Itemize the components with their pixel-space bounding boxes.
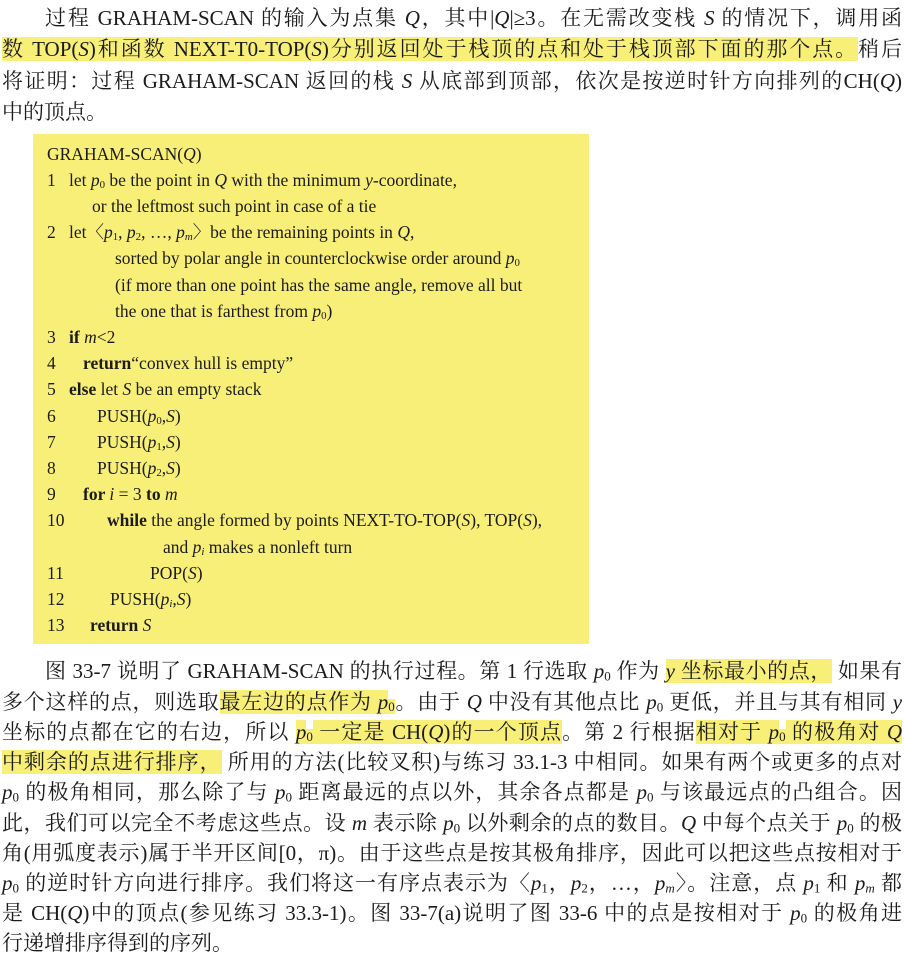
text-segment: ) — [185, 589, 191, 609]
text-segment: ), TOP( — [470, 510, 523, 530]
code-line: 9for i = 3 to m — [47, 481, 583, 507]
code-line: or the leftmost such point in case of a … — [47, 193, 583, 219]
text-segment: ) — [175, 406, 181, 426]
line-number: 3 — [47, 324, 69, 350]
text-segment: m — [165, 484, 178, 504]
text-segment: ) — [326, 301, 332, 321]
text-line: 角(用弧度表示)属于半开区间[0，π)。由于这些点是按其极角排序，因此可以把这些… — [2, 838, 902, 868]
code-text: the one that is farthest from p0) — [69, 298, 332, 324]
highlight-segment: )的一个顶点 — [443, 720, 562, 744]
text-segment: for — [83, 484, 109, 504]
text-segment: 和 — [820, 871, 854, 895]
line-number: 12 — [47, 586, 69, 612]
line-number: 8 — [47, 455, 69, 481]
text-segment: 的极 — [854, 811, 902, 835]
line-number: 11 — [47, 560, 69, 586]
paragraph-2: 图 33-7 说明了 GRAHAM-SCAN 的执行过程。第 1 行选取 p0 … — [0, 656, 904, 958]
line-number — [47, 298, 69, 324]
text-segment: m — [665, 881, 674, 896]
code-line: (if more than one point has the same ang… — [47, 272, 583, 298]
text-segment: 行递增排序得到的序列。 — [2, 931, 233, 955]
code-text: (if more than one point has the same ang… — [69, 272, 522, 298]
text-line: 是 CH(Q)中的顶点(参见练习 33.3-1)。图 33-7(a)说明了图 3… — [2, 898, 902, 928]
code-text: PUSH(p2,S) — [69, 455, 181, 481]
code-line: 10while the angle formed by points NEXT-… — [47, 507, 583, 533]
text-segment: PUSH( — [97, 458, 148, 478]
text-segment: p — [312, 301, 321, 321]
text-segment: 多个这样的点，则选取 — [2, 690, 220, 714]
text-segment: 如果有 — [832, 659, 902, 683]
text-segment: 从底部到顶部，依次是按逆时针方向排列的CH( — [412, 69, 880, 93]
code-text: or the leftmost such point in case of a … — [69, 193, 376, 219]
code-text: GRAHAM-SCAN(Q) — [47, 141, 202, 167]
text-segment: 中的顶点。 — [2, 100, 107, 124]
code-text: PUSH(p0,S) — [69, 403, 181, 429]
code-text: PUSH(pi,S) — [69, 586, 191, 612]
text-segment: ) — [895, 69, 902, 93]
code-text: and pi makes a nonleft turn — [69, 534, 352, 560]
text-segment: p — [571, 871, 582, 895]
text-segment: p — [636, 780, 647, 804]
line-number: 10 — [47, 507, 69, 533]
text-segment: m — [84, 327, 97, 347]
text-segment: S — [143, 615, 152, 635]
text-segment: PUSH( — [97, 406, 148, 426]
text-segment: ) — [197, 563, 203, 583]
text-segment: makes a nonleft turn — [204, 537, 352, 557]
text-segment: Q — [397, 222, 410, 242]
text-segment: <2 — [97, 327, 116, 347]
pseudocode-lines: GRAHAM-SCAN(Q)1let p0 be the point in Q … — [47, 141, 583, 639]
text-segment: be the point in — [105, 170, 214, 190]
text-segment: return — [90, 615, 143, 635]
paragraph-1: 过程 GRAHAM-SCAN 的输入为点集 Q，其中|Q|≥3。在无需改变栈 S… — [0, 0, 904, 129]
text-segment: 0 — [514, 258, 519, 270]
text-segment: ), — [532, 510, 542, 530]
text-segment: ，…， — [588, 871, 655, 895]
code-line: 2let〈p1, p2, …, pm〉be the remaining poin… — [47, 219, 583, 245]
highlight-segment: S — [311, 37, 322, 61]
highlight-segment: S — [78, 37, 89, 61]
code-text: else let S be an empty stack — [69, 376, 261, 402]
text-segment: 表示除 — [367, 811, 443, 835]
line-number: 9 — [47, 481, 69, 507]
text-segment: else — [69, 379, 101, 399]
text-segment: 的逆时针方向进行排序。我们将这一有序点表示为〈 — [19, 871, 531, 895]
text-segment: 中每个点关于 — [696, 811, 837, 835]
text-segment: 角(用弧度表示)属于半开区间[0，π)。由于这些点是按其极角排序，因此可以把这些… — [2, 841, 902, 865]
text-segment: Q — [214, 170, 227, 190]
text-segment: PUSH( — [110, 589, 161, 609]
text-segment: Q — [880, 69, 895, 93]
text-segment: to — [146, 484, 165, 504]
text-segment: ) — [175, 458, 181, 478]
code-line: 3if m<2 — [47, 324, 583, 350]
text-segment: with the minimum — [227, 170, 365, 190]
pseudocode-title: GRAHAM-SCAN(Q) — [47, 141, 583, 167]
text-line: 中的顶点。 — [2, 97, 902, 128]
text-segment: 与该最远点的凸组合。因 — [654, 780, 903, 804]
text-segment: p — [104, 222, 113, 242]
text-segment: 更低，并且与其有相同 — [663, 690, 893, 714]
text-line: p0 的极角相同，那么除了与 p0 距离最远的点以外，其余各点都是 p0 与该最… — [2, 777, 902, 807]
text-segment: 以外剩余的点的数目。 — [460, 811, 681, 835]
text-segment: m — [185, 231, 193, 243]
line-number — [47, 245, 69, 271]
text-segment: ， — [548, 871, 571, 895]
text-segment: 距离最远的点以外，其余各点都是 — [292, 780, 636, 804]
highlight-segment: 相对于 — [696, 720, 769, 744]
text-segment: -coordinate, — [373, 170, 457, 190]
text-line: p0 的逆时针方向进行排序。我们将这一有序点表示为〈p1，p2，…，pm〉。注意… — [2, 868, 902, 898]
code-line: 4return“convex hull is empty” — [47, 350, 583, 376]
text-segment: p — [855, 871, 866, 895]
text-line: 过程 GRAHAM-SCAN 的输入为点集 Q，其中|Q|≥3。在无需改变栈 S… — [2, 3, 902, 34]
text-segment: p — [837, 811, 848, 835]
text-segment: if — [69, 327, 84, 347]
highlight-segment: 的极角对 — [786, 720, 887, 744]
text-segment: p — [176, 222, 185, 242]
line-number — [47, 534, 69, 560]
text-segment: or the leftmost such point in case of a … — [92, 196, 376, 216]
highlight-segment: 数 TOP( — [2, 37, 78, 61]
text-segment: S — [166, 406, 175, 426]
text-segment: 稍后 — [858, 37, 902, 61]
text-segment: 的极角相同，那么除了与 — [19, 780, 275, 804]
text-segment: m — [865, 881, 874, 896]
text-line: 中剩余的点进行排序， 所用的方法(比较叉积)与练习 33.1-3 中相同。如果有… — [2, 747, 902, 777]
text-segment: Q — [467, 690, 482, 714]
text-segment: p — [646, 690, 657, 714]
text-segment: 过程 GRAHAM-SCAN 的输入为点集 — [45, 6, 405, 30]
text-segment: (if more than one point has the same ang… — [115, 275, 522, 295]
text-segment: return — [83, 353, 131, 373]
line-number — [47, 193, 69, 219]
code-text: return“convex hull is empty” — [69, 350, 293, 376]
text-segment: 此，我们可以完全不考虑这些点。设 — [2, 811, 352, 835]
text-segment: Q — [67, 901, 82, 925]
text-segment: p — [2, 780, 13, 804]
text-segment: S — [402, 69, 413, 93]
text-segment: m — [352, 811, 367, 835]
code-line: 12PUSH(pi,S) — [47, 586, 583, 612]
code-line: 13return S — [47, 612, 583, 638]
text-segment: let — [101, 379, 123, 399]
line-number: 1 — [47, 167, 69, 193]
code-text: PUSH(p1,S) — [69, 429, 181, 455]
highlight-segment: y — [666, 659, 675, 683]
text-segment: 〉be the remaining points in — [193, 222, 398, 242]
text-segment: S — [166, 458, 175, 478]
text-line: 坐标的点都在它的右边，所以 p0 一定是 CH(Q)的一个顶点。第 2 行根据相… — [2, 717, 902, 747]
text-segment: 中没有其他点比 — [482, 690, 646, 714]
highlight-segment: 0 — [306, 729, 313, 744]
line-number: 2 — [47, 219, 69, 245]
text-segment: S — [704, 6, 715, 30]
text-segment: ) — [175, 432, 181, 452]
text-line: 图 33-7 说明了 GRAHAM-SCAN 的执行过程。第 1 行选取 p0 … — [2, 656, 902, 686]
text-segment: 。第 2 行根据 — [562, 720, 696, 744]
text-segment: 的极角进 — [807, 901, 902, 925]
text-segment: Q — [494, 6, 509, 30]
text-segment: PUSH( — [97, 432, 148, 452]
text-segment: p — [655, 871, 666, 895]
code-line: 7PUSH(p1,S) — [47, 429, 583, 455]
code-line: and pi makes a nonleft turn — [47, 534, 583, 560]
text-segment: be an empty stack — [131, 379, 261, 399]
text-segment: S — [122, 379, 131, 399]
highlight-segment: p — [378, 690, 389, 714]
text-segment: ，其中| — [420, 6, 494, 30]
code-line: 8PUSH(p2,S) — [47, 455, 583, 481]
code-text: let p0 be the point in Q with the minimu… — [69, 167, 457, 193]
code-text: let〈p1, p2, …, pm〉be the remaining point… — [69, 219, 414, 245]
text-segment: and — [163, 537, 193, 557]
text-line: 将证明：过程 GRAHAM-SCAN 返回的栈 S 从底部到顶部，依次是按逆时针… — [2, 66, 902, 97]
text-segment: p — [803, 871, 814, 895]
code-line: 1let p0 be the point in Q with the minim… — [47, 167, 583, 193]
text-segment: , …, — [141, 222, 176, 242]
text-segment: let — [69, 170, 91, 190]
text-segment: S — [462, 510, 471, 530]
highlight-segment: 中剩余的点进行排序， — [2, 750, 222, 774]
highlight-segment: 最左边的点作为 — [220, 690, 378, 714]
text-segment: = 3 — [114, 484, 146, 504]
text-segment: 是 CH( — [2, 901, 67, 925]
text-segment: , — [410, 222, 414, 242]
highlight-segment: Q — [428, 720, 443, 744]
highlight-segment: )分别返回处于栈顶的点和处于栈顶部下面的那个点。 — [322, 37, 858, 61]
text-segment: p — [275, 780, 286, 804]
text-segment: 作为 — [611, 659, 666, 683]
text-segment: , — [118, 222, 127, 242]
pseudocode-block: GRAHAM-SCAN(Q)1let p0 be the point in Q … — [33, 134, 589, 645]
code-text: while the angle formed by points NEXT-TO… — [69, 507, 542, 533]
line-number: 5 — [47, 376, 69, 402]
line-number — [47, 272, 69, 298]
code-text: for i = 3 to m — [69, 481, 178, 507]
code-line: 6PUSH(p0,S) — [47, 403, 583, 429]
page: 过程 GRAHAM-SCAN 的输入为点集 Q，其中|Q|≥3。在无需改变栈 S… — [0, 0, 904, 958]
text-segment: 将证明：过程 GRAHAM-SCAN 返回的栈 — [2, 69, 402, 93]
text-segment: “convex hull is empty” — [131, 353, 293, 373]
line-number: 6 — [47, 403, 69, 429]
text-segment: Q — [405, 6, 420, 30]
text-segment: the angle formed by points NEXT-TO-TOP( — [151, 510, 461, 530]
text-segment: POP( — [150, 563, 188, 583]
code-text: return S — [69, 612, 151, 638]
code-line: 5else let S be an empty stack — [47, 376, 583, 402]
highlight-segment: p — [769, 720, 780, 744]
text-segment: ) — [196, 144, 202, 164]
text-segment: 〉。注意，点 — [675, 871, 804, 895]
text-segment: 都 — [875, 871, 902, 895]
text-segment: )中的顶点(参见练习 33.3-1)。图 33-7(a)说明了图 33-6 中的… — [82, 901, 790, 925]
text-segment: 图 33-7 说明了 GRAHAM-SCAN 的执行过程。第 1 行选取 — [45, 659, 594, 683]
text-segment: p — [2, 871, 13, 895]
highlight-segment: 0 — [779, 729, 786, 744]
text-segment: y — [365, 170, 373, 190]
text-segment: 所用的方法(比较叉积)与练习 33.1-3 中相同。如果有两个或更多的点对 — [222, 750, 902, 774]
code-line: the one that is farthest from p0) — [47, 298, 583, 324]
text-segment: sorted by polar angle in counterclockwis… — [115, 248, 506, 268]
text-segment: p — [790, 901, 801, 925]
highlight-segment: 坐标最小的点， — [675, 659, 832, 683]
text-segment: S — [523, 510, 532, 530]
line-number: 13 — [47, 612, 69, 638]
code-text: POP(S) — [69, 560, 203, 586]
text-segment: S — [166, 432, 175, 452]
text-segment: 坐标的点都在它的右边，所以 — [2, 720, 296, 744]
text-segment: p — [127, 222, 136, 242]
text-line: 数 TOP(S)和函数 NEXT-T0-TOP(S)分别返回处于栈顶的点和处于栈… — [2, 34, 902, 65]
highlight-segment: )和函数 NEXT-T0-TOP( — [89, 37, 312, 61]
code-text: sorted by polar angle in counterclockwis… — [69, 245, 520, 271]
text-segment: p — [443, 811, 454, 835]
text-line: 行递增排序得到的序列。 — [2, 928, 902, 958]
text-segment: |≥3。在无需改变栈 — [509, 6, 704, 30]
text-segment: 。由于 — [395, 690, 467, 714]
text-segment: y — [893, 690, 902, 714]
line-number: 7 — [47, 429, 69, 455]
code-line: sorted by polar angle in counterclockwis… — [47, 245, 583, 271]
text-segment: S — [188, 563, 197, 583]
text-line: 此，我们可以完全不考虑这些点。设 m 表示除 p0 以外剩余的点的数目。Q 中每… — [2, 808, 902, 838]
text-segment: GRAHAM-SCAN( — [47, 144, 183, 164]
text-segment: 的情况下，调用函 — [714, 6, 902, 30]
highlight-segment: 一定是 CH( — [313, 720, 428, 744]
text-segment: the one that is farthest from — [115, 301, 312, 321]
text-segment: p — [594, 659, 605, 683]
code-text: if m<2 — [69, 324, 115, 350]
highlight-segment: p — [296, 720, 307, 744]
text-line: 多个这样的点，则选取最左边的点作为 p0。由于 Q 中没有其他点比 p0 更低，… — [2, 687, 902, 717]
text-segment: let〈 — [69, 222, 104, 242]
text-segment: p — [91, 170, 100, 190]
text-segment: while — [107, 510, 151, 530]
line-number: 4 — [47, 350, 69, 376]
text-segment: Q — [681, 811, 696, 835]
highlight-segment: Q — [887, 720, 902, 744]
text-segment: p — [531, 871, 542, 895]
text-segment: Q — [183, 144, 196, 164]
code-line: 11POP(S) — [47, 560, 583, 586]
